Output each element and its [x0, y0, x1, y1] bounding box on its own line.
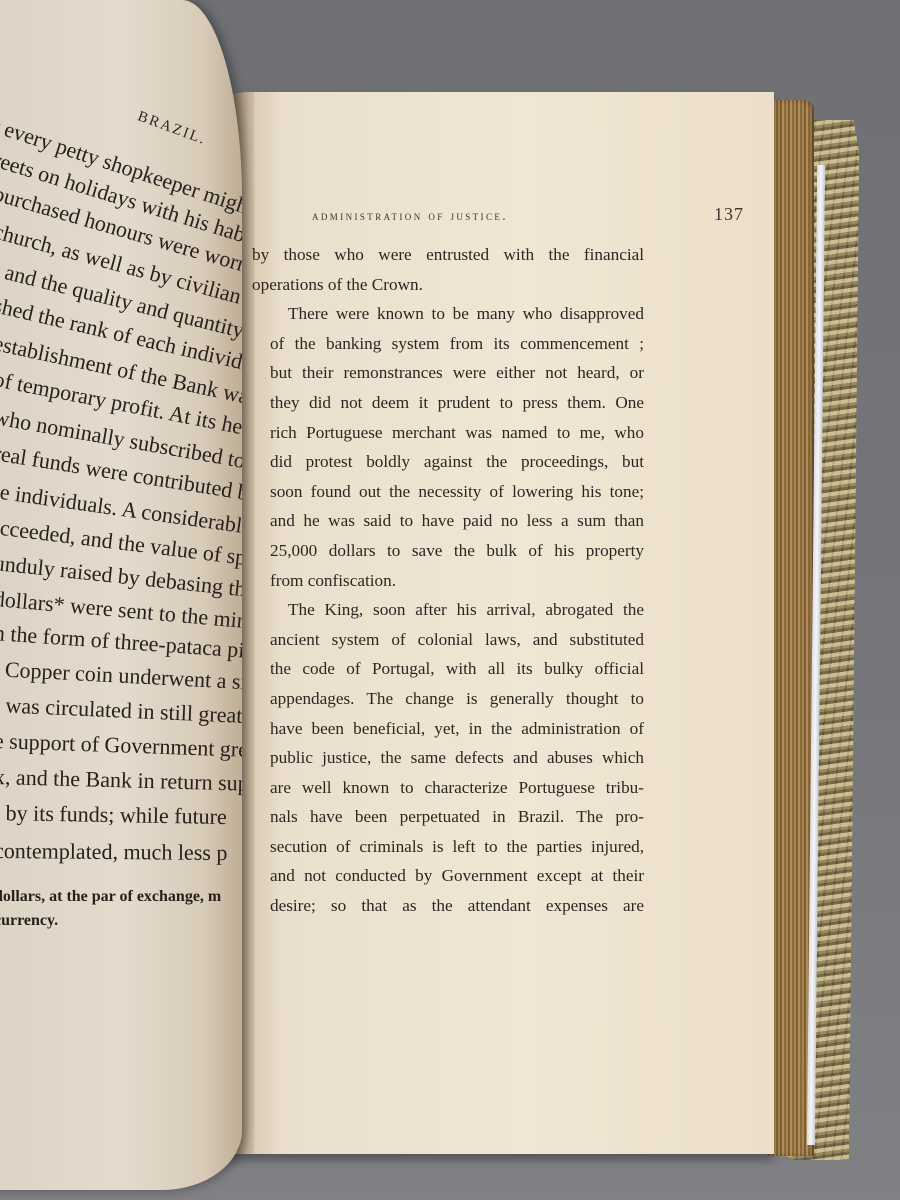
- text-line: have been beneficial, yet, in the admini…: [252, 714, 644, 744]
- text-line: nals have been perpetuated in Brazil. Th…: [252, 802, 644, 832]
- book-photo: ADMINISTRATION OF JUSTICE. 137 by those …: [0, 0, 900, 1200]
- text-line: . Copper coin underwent a similar: [0, 656, 242, 698]
- text-line: but their remonstrances were either not …: [252, 358, 644, 388]
- page-body: by those who were entrusted with the fin…: [252, 240, 644, 921]
- text-line: ancient system of colonial laws, and sub…: [252, 625, 644, 655]
- paragraph-1: by those who were entrusted with the fin…: [252, 240, 644, 299]
- text-line: from confiscation.: [252, 566, 644, 596]
- page-number: 137: [714, 204, 744, 225]
- text-line: x, and the Bank in return supplied: [0, 764, 242, 798]
- text-line: There were known to be many who disappro…: [252, 299, 644, 329]
- running-head: ADMINISTRATION OF JUSTICE.: [312, 208, 508, 224]
- text-line: did protest boldly against the proceedin…: [252, 447, 644, 477]
- gilt-page-edges: [768, 100, 814, 1156]
- text-line: appendages. The change is generally thou…: [252, 684, 644, 714]
- text-line: and not conducted by Government except a…: [252, 861, 644, 891]
- text-line: desire; so that as the attendant expense…: [252, 891, 644, 921]
- text-line: operations of the Crown.: [252, 270, 644, 300]
- text-line: and he was said to have paid no less a s…: [252, 506, 644, 536]
- text-line: of the banking system from its commencem…: [252, 329, 644, 359]
- text-line: l was circulated in still greater: [0, 692, 242, 730]
- text-line: are well known to characterize Portugues…: [252, 773, 644, 803]
- text-line: secution of criminals is left to the par…: [252, 832, 644, 862]
- paragraph-3: The King, soon after his arrival, abroga…: [252, 595, 644, 921]
- text-line: 25,000 dollars to save the bulk of his p…: [252, 536, 644, 566]
- right-page: ADMINISTRATION OF JUSTICE. 137 by those …: [212, 92, 774, 1154]
- page-header: ADMINISTRATION OF JUSTICE. 137: [312, 204, 744, 225]
- text-line: by those who were entrusted with the fin…: [252, 240, 644, 270]
- left-page: BRAZIL. t every petty shopkeeper might r…: [0, 0, 242, 1190]
- text-line: soon found out the necessity of lowering…: [252, 477, 644, 507]
- text-line: rich Portuguese merchant was named to me…: [252, 418, 644, 448]
- text-line: t by its funds; while future: [0, 800, 227, 830]
- text-line: The King, soon after his arrival, abroga…: [252, 595, 644, 625]
- left-page-text: t every petty shopkeeper might reets on …: [0, 0, 242, 1190]
- text-line: public justice, the same defects and abu…: [252, 743, 644, 773]
- footnote-line: dollars, at the par of exchange, m: [0, 888, 221, 906]
- text-line: they did not deem it prudent to press th…: [252, 388, 644, 418]
- text-line: contemplated, much less p: [0, 838, 227, 866]
- text-line: e support of Government great: [0, 728, 242, 763]
- paragraph-2: There were known to be many who disappro…: [252, 299, 644, 595]
- text-line: the code of Portugal, with all its bulky…: [252, 654, 644, 684]
- footnote-line: currency.: [0, 912, 58, 930]
